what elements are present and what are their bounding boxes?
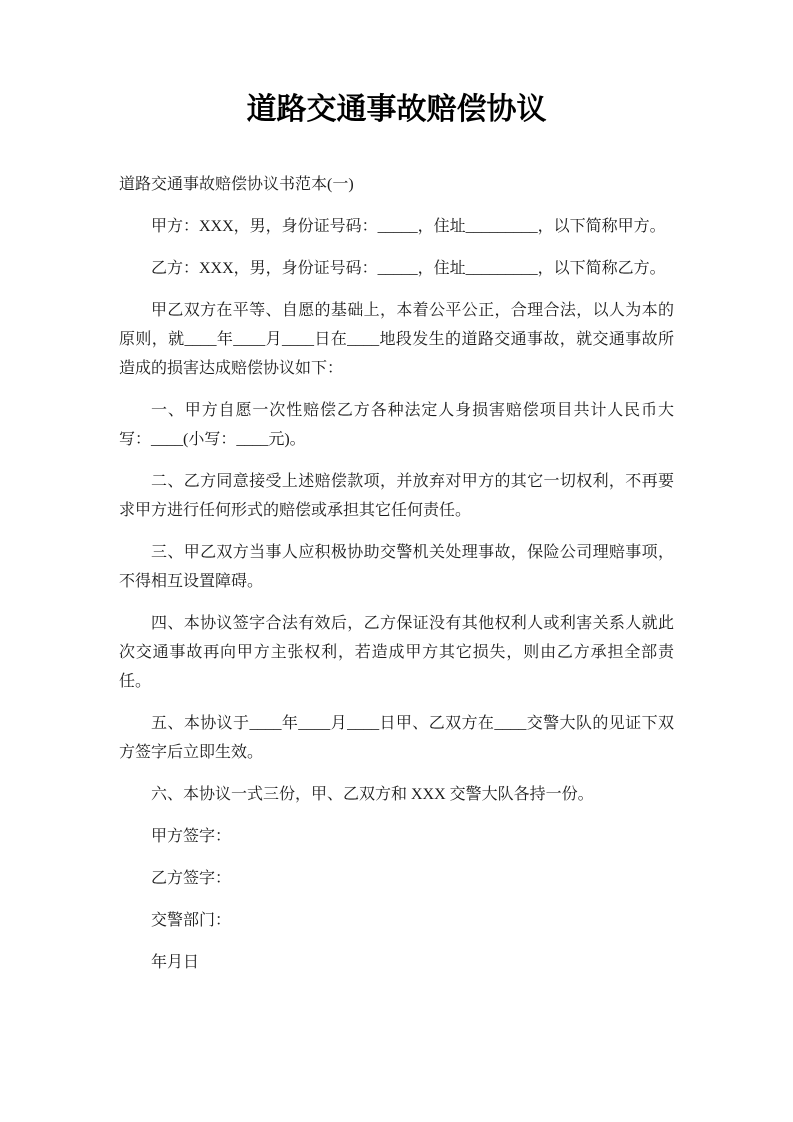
document-body: 道路交通事故赔偿协议书范本(一) 甲方：XXX，男，身份证号码：_____，住址… [0, 170, 793, 977]
document-subtitle: 道路交通事故赔偿协议书范本(一) [119, 170, 674, 199]
clause-2: 二、乙方同意接受上述赔偿款项，并放弃对甲方的其它一切权利，不再要求甲方进行任何形… [119, 467, 674, 525]
clause-5: 五、本协议于____年____月____日甲、乙双方在____交警大队的见证下双… [119, 709, 674, 767]
document-title: 道路交通事故赔偿协议 [0, 0, 793, 130]
clause-4: 四、本协议签字合法有效后，乙方保证没有其他权利人或利害关系人就此次交通事故再向甲… [119, 609, 674, 696]
signature-line-party-a: 甲方签字： [119, 822, 674, 851]
clause-6: 六、本协议一式三份，甲、乙双方和 XXX 交警大队各持一份。 [119, 780, 674, 809]
date-line: 年月日 [119, 948, 674, 977]
signature-line-party-b: 乙方签字： [119, 864, 674, 893]
clause-3: 三、甲乙双方当事人应积极协助交警机关处理事故，保险公司理赔事项，不得相互设置障碍… [119, 538, 674, 596]
clause-1: 一、甲方自愿一次性赔偿乙方各种法定人身损害赔偿项目共计人民币大写：____(小写… [119, 396, 674, 454]
paragraph-preamble: 甲乙双方在平等、自愿的基础上，本着公平公正，合理合法，以人为本的原则，就____… [119, 296, 674, 383]
signature-line-police-department: 交警部门： [119, 906, 674, 935]
paragraph-party-a: 甲方：XXX，男，身份证号码：_____，住址_________，以下简称甲方。 [119, 212, 674, 241]
document-page: 道路交通事故赔偿协议 道路交通事故赔偿协议书范本(一) 甲方：XXX，男，身份证… [0, 0, 793, 1122]
paragraph-party-b: 乙方：XXX，男，身份证号码：_____，住址_________，以下简称乙方。 [119, 254, 674, 283]
